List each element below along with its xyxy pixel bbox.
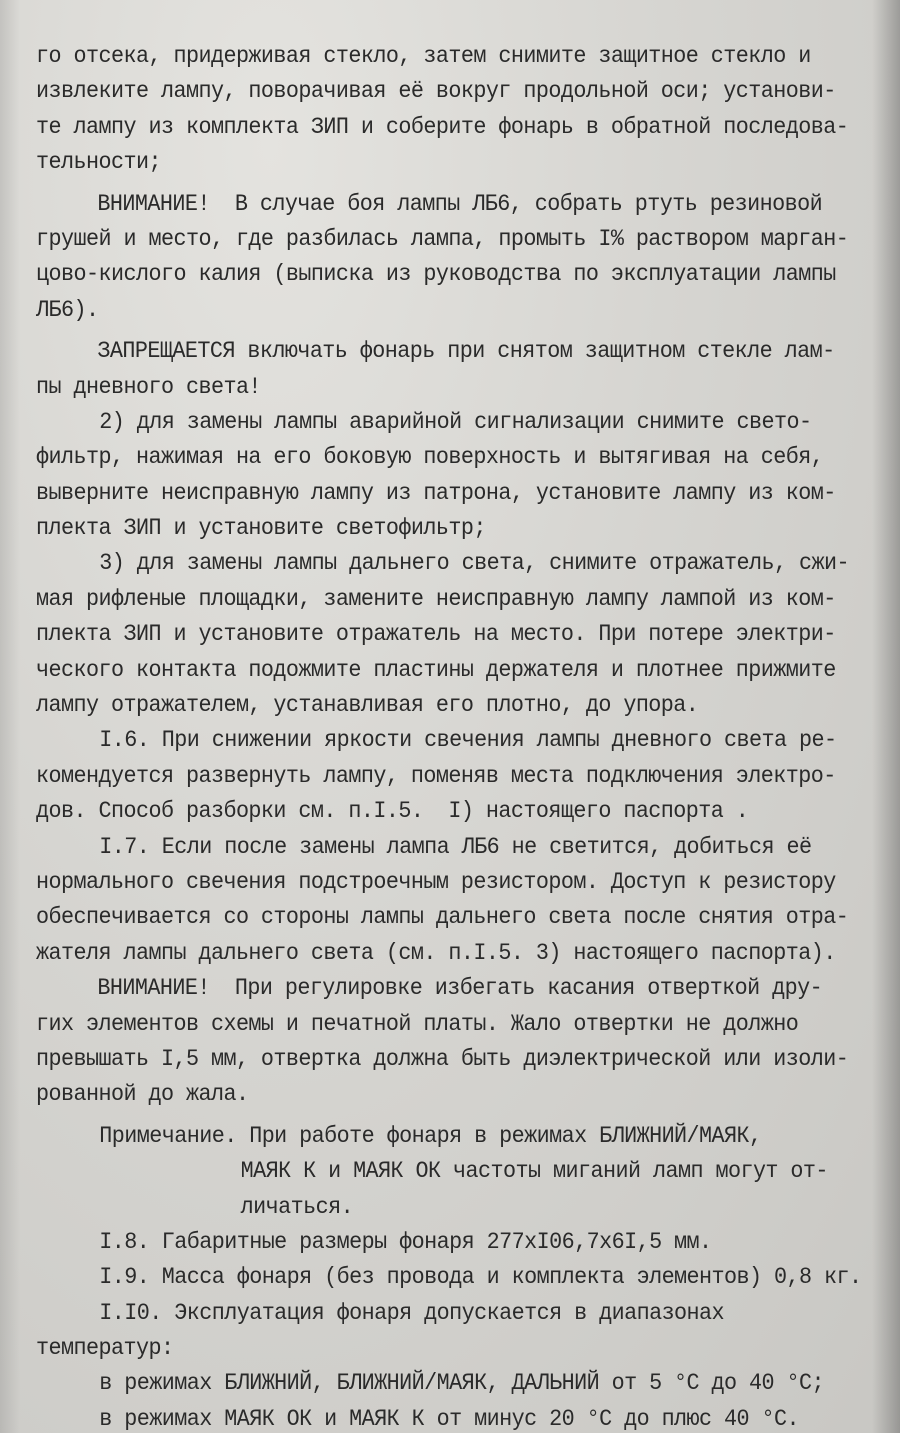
- text-line: цово-кислого калия (выписка из руководст…: [36, 258, 836, 293]
- text-line: пы дневного света!: [36, 371, 836, 406]
- text-line: плекта ЗИП и установите светофильтр;: [36, 512, 836, 547]
- text-line: Примечание. При работе фонаря в режимах …: [36, 1120, 836, 1155]
- text-line: рованной до жала.: [36, 1078, 836, 1113]
- paragraph-warning-mercury: ВНИМАНИЕ! В случае боя лампы ЛБ6, собрат…: [36, 188, 896, 330]
- text-line: грушей и место, где разбилась лампа, про…: [36, 223, 836, 258]
- text-line: ВНИМАНИЕ! При регулировке избегать касан…: [36, 972, 836, 1007]
- text-line: лампу отражателем, устанавливая его плот…: [36, 689, 836, 724]
- text-line: гих элементов схемы и печатной платы. Жа…: [36, 1008, 836, 1043]
- text-line: I.I0. Эксплуатация фонаря допускается в …: [36, 1297, 836, 1332]
- text-line: ческого контакта подожмите пластины держ…: [36, 654, 836, 689]
- page-edge-shadow-left: [0, 0, 20, 1433]
- text-line: выверните неисправную лампу из патрона, …: [36, 477, 836, 512]
- paragraph-warning-adjustment: ВНИМАНИЕ! При регулировке избегать касан…: [36, 972, 896, 1114]
- text-line: в режимах МАЯК ОК и МАЯК К от минус 20 °…: [36, 1403, 836, 1433]
- text-line: температур:: [36, 1332, 836, 1367]
- text-line: МАЯК К и МАЯК ОК частоты миганий ламп мо…: [36, 1155, 836, 1190]
- text-line: жателя лампы дальнего света (см. п.I.5. …: [36, 937, 836, 972]
- text-line: извлеките лампу, поворачивая её вокруг п…: [36, 75, 836, 110]
- text-line: 3) для замены лампы дальнего света, сним…: [36, 547, 836, 582]
- text-line: I.8. Габаритные размеры фонаря 277хI06,7…: [36, 1226, 836, 1261]
- text-line: I.9. Масса фонаря (без провода и комплек…: [36, 1261, 836, 1296]
- text-line: те лампу из комплекта ЗИП и соберите фон…: [36, 111, 836, 146]
- text-line: обеспечивается со стороны лампы дальнего…: [36, 901, 836, 936]
- paragraph-note: Примечание. При работе фонаря в режимах …: [36, 1120, 896, 1226]
- paragraph-item-3: 3) для замены лампы дальнего света, сним…: [36, 547, 896, 724]
- text-line: дов. Способ разборки см. п.I.5. I) насто…: [36, 795, 836, 830]
- section-1-6: I.6. При снижении яркости свечения лампы…: [36, 724, 896, 830]
- text-line: в режимах БЛИЖНИЙ, БЛИЖНИЙ/МАЯК, ДАЛЬНИЙ…: [36, 1367, 836, 1402]
- text-line: го отсека, придерживая стекло, затем сни…: [36, 40, 836, 75]
- text-line: тельности;: [36, 146, 836, 181]
- typewritten-text-body: го отсека, придерживая стекло, затем сни…: [36, 40, 896, 1433]
- text-line: нормального свечения подстроечным резист…: [36, 866, 836, 901]
- section-1-8: I.8. Габаритные размеры фонаря 277хI06,7…: [36, 1226, 896, 1261]
- paragraph-item-2: 2) для замены лампы аварийной сигнализац…: [36, 406, 896, 548]
- text-line: ВНИМАНИЕ! В случае боя лампы ЛБ6, собрат…: [36, 188, 836, 223]
- text-line: личаться.: [36, 1191, 836, 1226]
- text-line: плекта ЗИП и установите отражатель на ме…: [36, 618, 836, 653]
- text-line: 2) для замены лампы аварийной сигнализац…: [36, 406, 836, 441]
- scanned-page: го отсека, придерживая стекло, затем сни…: [0, 0, 900, 1433]
- paragraph-prohibition: ЗАПРЕЩАЕТСЯ включать фонарь при снятом з…: [36, 335, 896, 406]
- text-line: ЛБ6).: [36, 294, 836, 329]
- text-line: фильтр, нажимая на его боковую поверхнос…: [36, 441, 836, 476]
- text-line: превышать I,5 мм, отвертка должна быть д…: [36, 1043, 836, 1078]
- text-line: I.7. Если после замены лампа ЛБ6 не свет…: [36, 831, 836, 866]
- paragraph-lamp-replacement-continuation: го отсека, придерживая стекло, затем сни…: [36, 40, 896, 182]
- section-1-7: I.7. Если после замены лампа ЛБ6 не свет…: [36, 831, 896, 973]
- text-line: мая рифленые площадки, замените неисправ…: [36, 583, 836, 618]
- text-line: ЗАПРЕЩАЕТСЯ включать фонарь при снятом з…: [36, 335, 836, 370]
- section-1-9: I.9. Масса фонаря (без провода и комплек…: [36, 1261, 896, 1296]
- text-line: I.6. При снижении яркости свечения лампы…: [36, 724, 836, 759]
- text-line: комендуется развернуть лампу, поменяв ме…: [36, 760, 836, 795]
- section-1-10: I.I0. Эксплуатация фонаря допускается в …: [36, 1297, 896, 1433]
